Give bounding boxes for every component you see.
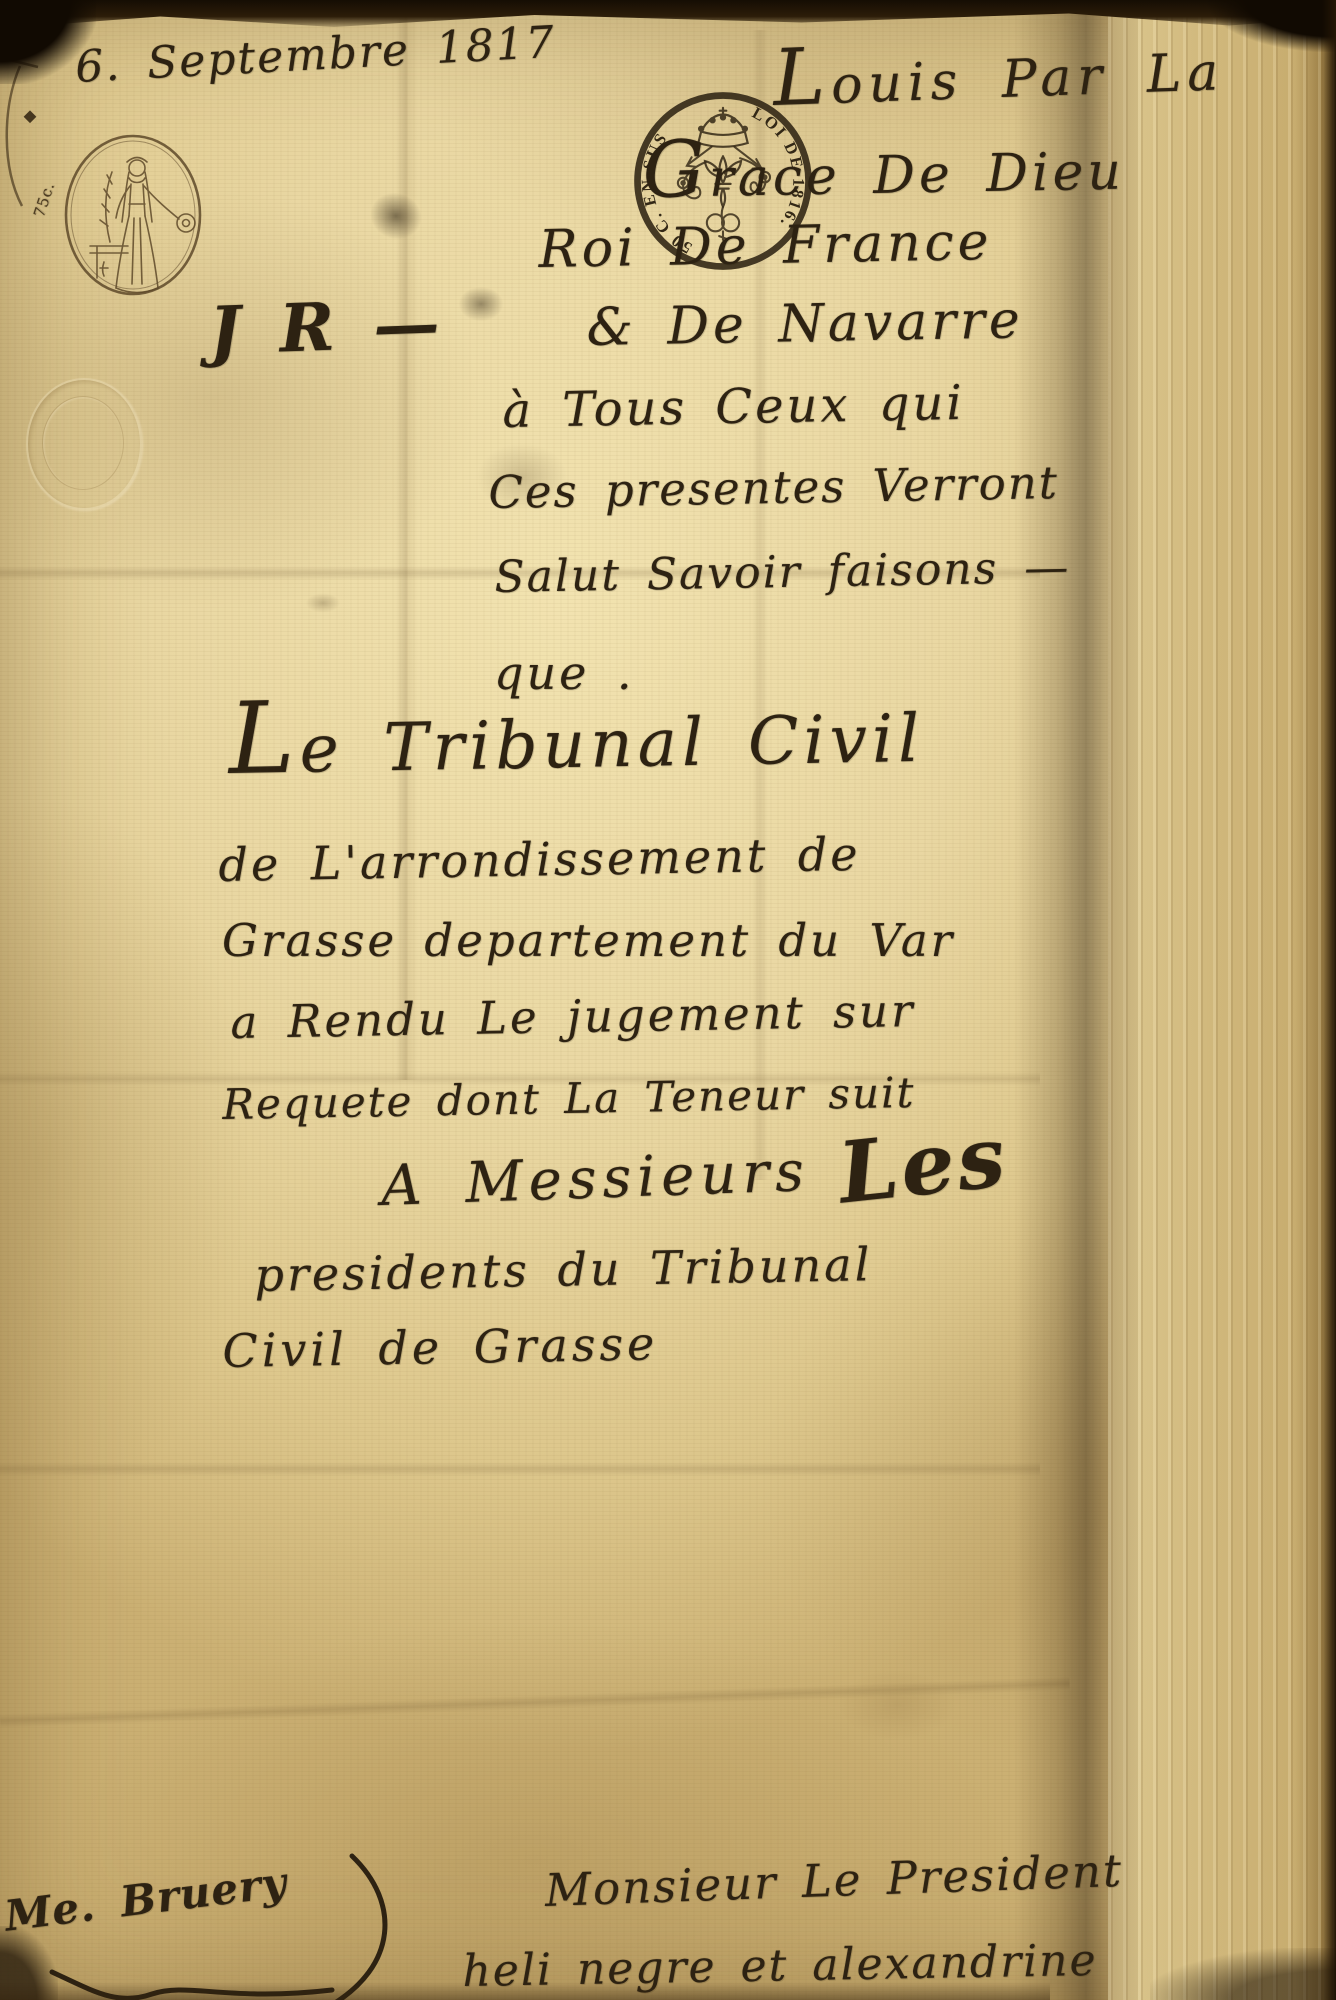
embossed-seal-icon <box>26 378 142 510</box>
handwritten-flourish: Les <box>834 1106 1012 1222</box>
page-crease <box>0 1462 1040 1476</box>
document-page: 75c. 50 C. EN SUS LOI DE 1816. <box>0 0 1336 2000</box>
page-edge-right <box>1322 0 1336 2000</box>
registration-mark: J R — <box>208 284 444 370</box>
handwritten-line: à Tous Ceux qui <box>502 375 965 439</box>
handwritten-line: Le Tribunal Civil <box>228 688 925 789</box>
page-edge-bottom <box>0 1982 1050 2000</box>
page-corner-bottom-right <box>1150 1948 1336 2000</box>
handwritten-line: de L'arrondissement de <box>218 827 861 892</box>
handwritten-line: Salut Savoir faisons — <box>494 542 1071 603</box>
handwritten-line: que . <box>494 646 635 700</box>
handwritten-line: Roi De France <box>538 212 993 280</box>
paper-discoloration <box>822 1660 972 1750</box>
handwritten-line: presidents du Tribunal <box>254 1237 873 1302</box>
ink-stain <box>300 590 346 616</box>
adjacent-page-edges <box>1108 0 1336 2000</box>
oval-timbre-stamp <box>52 126 212 304</box>
ink-stain <box>450 280 512 328</box>
handwritten-line: Grace De Dieu <box>642 132 1125 210</box>
binding-shadow <box>1014 0 1138 2000</box>
handwritten-line: Grasse departement du Var <box>222 914 955 967</box>
handwritten-line: Civil de Grasse <box>222 1316 659 1378</box>
page-corner-top-right <box>1208 0 1336 52</box>
page-corner-top-left <box>0 0 96 84</box>
embossed-seal-inner-ring <box>42 396 124 490</box>
handwritten-line: Ces presentes Verront <box>488 456 1059 519</box>
handwritten-line: & De Navarre <box>586 290 1024 358</box>
